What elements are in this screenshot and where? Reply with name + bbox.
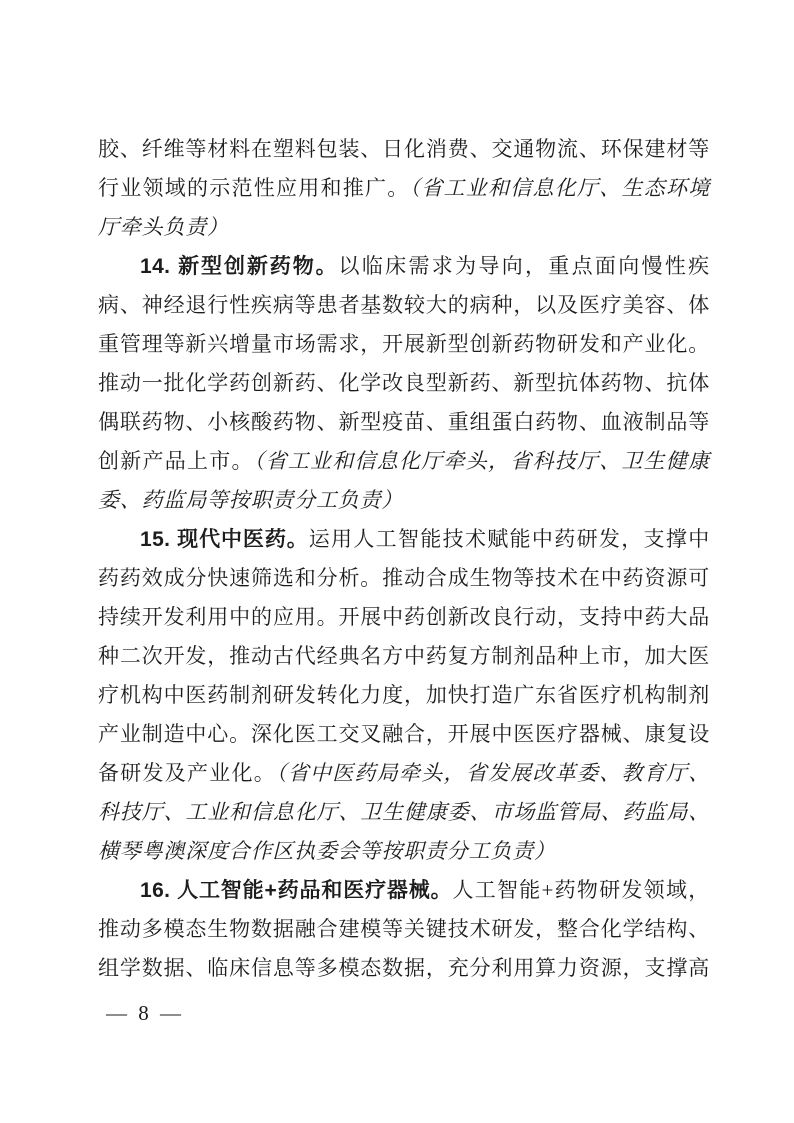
body-text: 以临床需求为导向，重点面向慢性疾病、神经退行性疾病等患者基数较大的病种，以及医疗… xyxy=(98,254,710,473)
item-16-heading: 16. 人工智能+药品和医疗器械。 xyxy=(140,879,453,902)
paragraph-continuation: 胶、纤维等材料在塑料包装、日化消费、交通物流、环保建材等行业领域的示范性应用和推… xyxy=(98,130,710,247)
item-15-heading: 15. 现代中医药。 xyxy=(140,528,309,551)
document-page: 胶、纤维等材料在塑料包装、日化消费、交通物流、环保建材等行业领域的示范性应用和推… xyxy=(0,0,794,1123)
paragraph-item-14: 14. 新型创新药物。以临床需求为导向，重点面向慢性疾病、神经退行性疾病等患者基… xyxy=(98,247,710,520)
paragraph-item-16: 16. 人工智能+药品和医疗器械。人工智能+药物研发领域，推动多模态生物数据融合… xyxy=(98,871,710,988)
item-14-heading: 14. 新型创新药物。 xyxy=(140,255,339,278)
body-text: 运用人工智能技术赋能中药研发，支撑中药药效成分快速筛选和分析。推动合成生物等技术… xyxy=(98,527,710,785)
paragraph-item-15: 15. 现代中医药。运用人工智能技术赋能中药研发，支撑中药药效成分快速筛选和分析… xyxy=(98,520,710,871)
document-body: 胶、纤维等材料在塑料包装、日化消费、交通物流、环保建材等行业领域的示范性应用和推… xyxy=(98,130,710,988)
page-number: — 8 — xyxy=(106,998,184,1028)
